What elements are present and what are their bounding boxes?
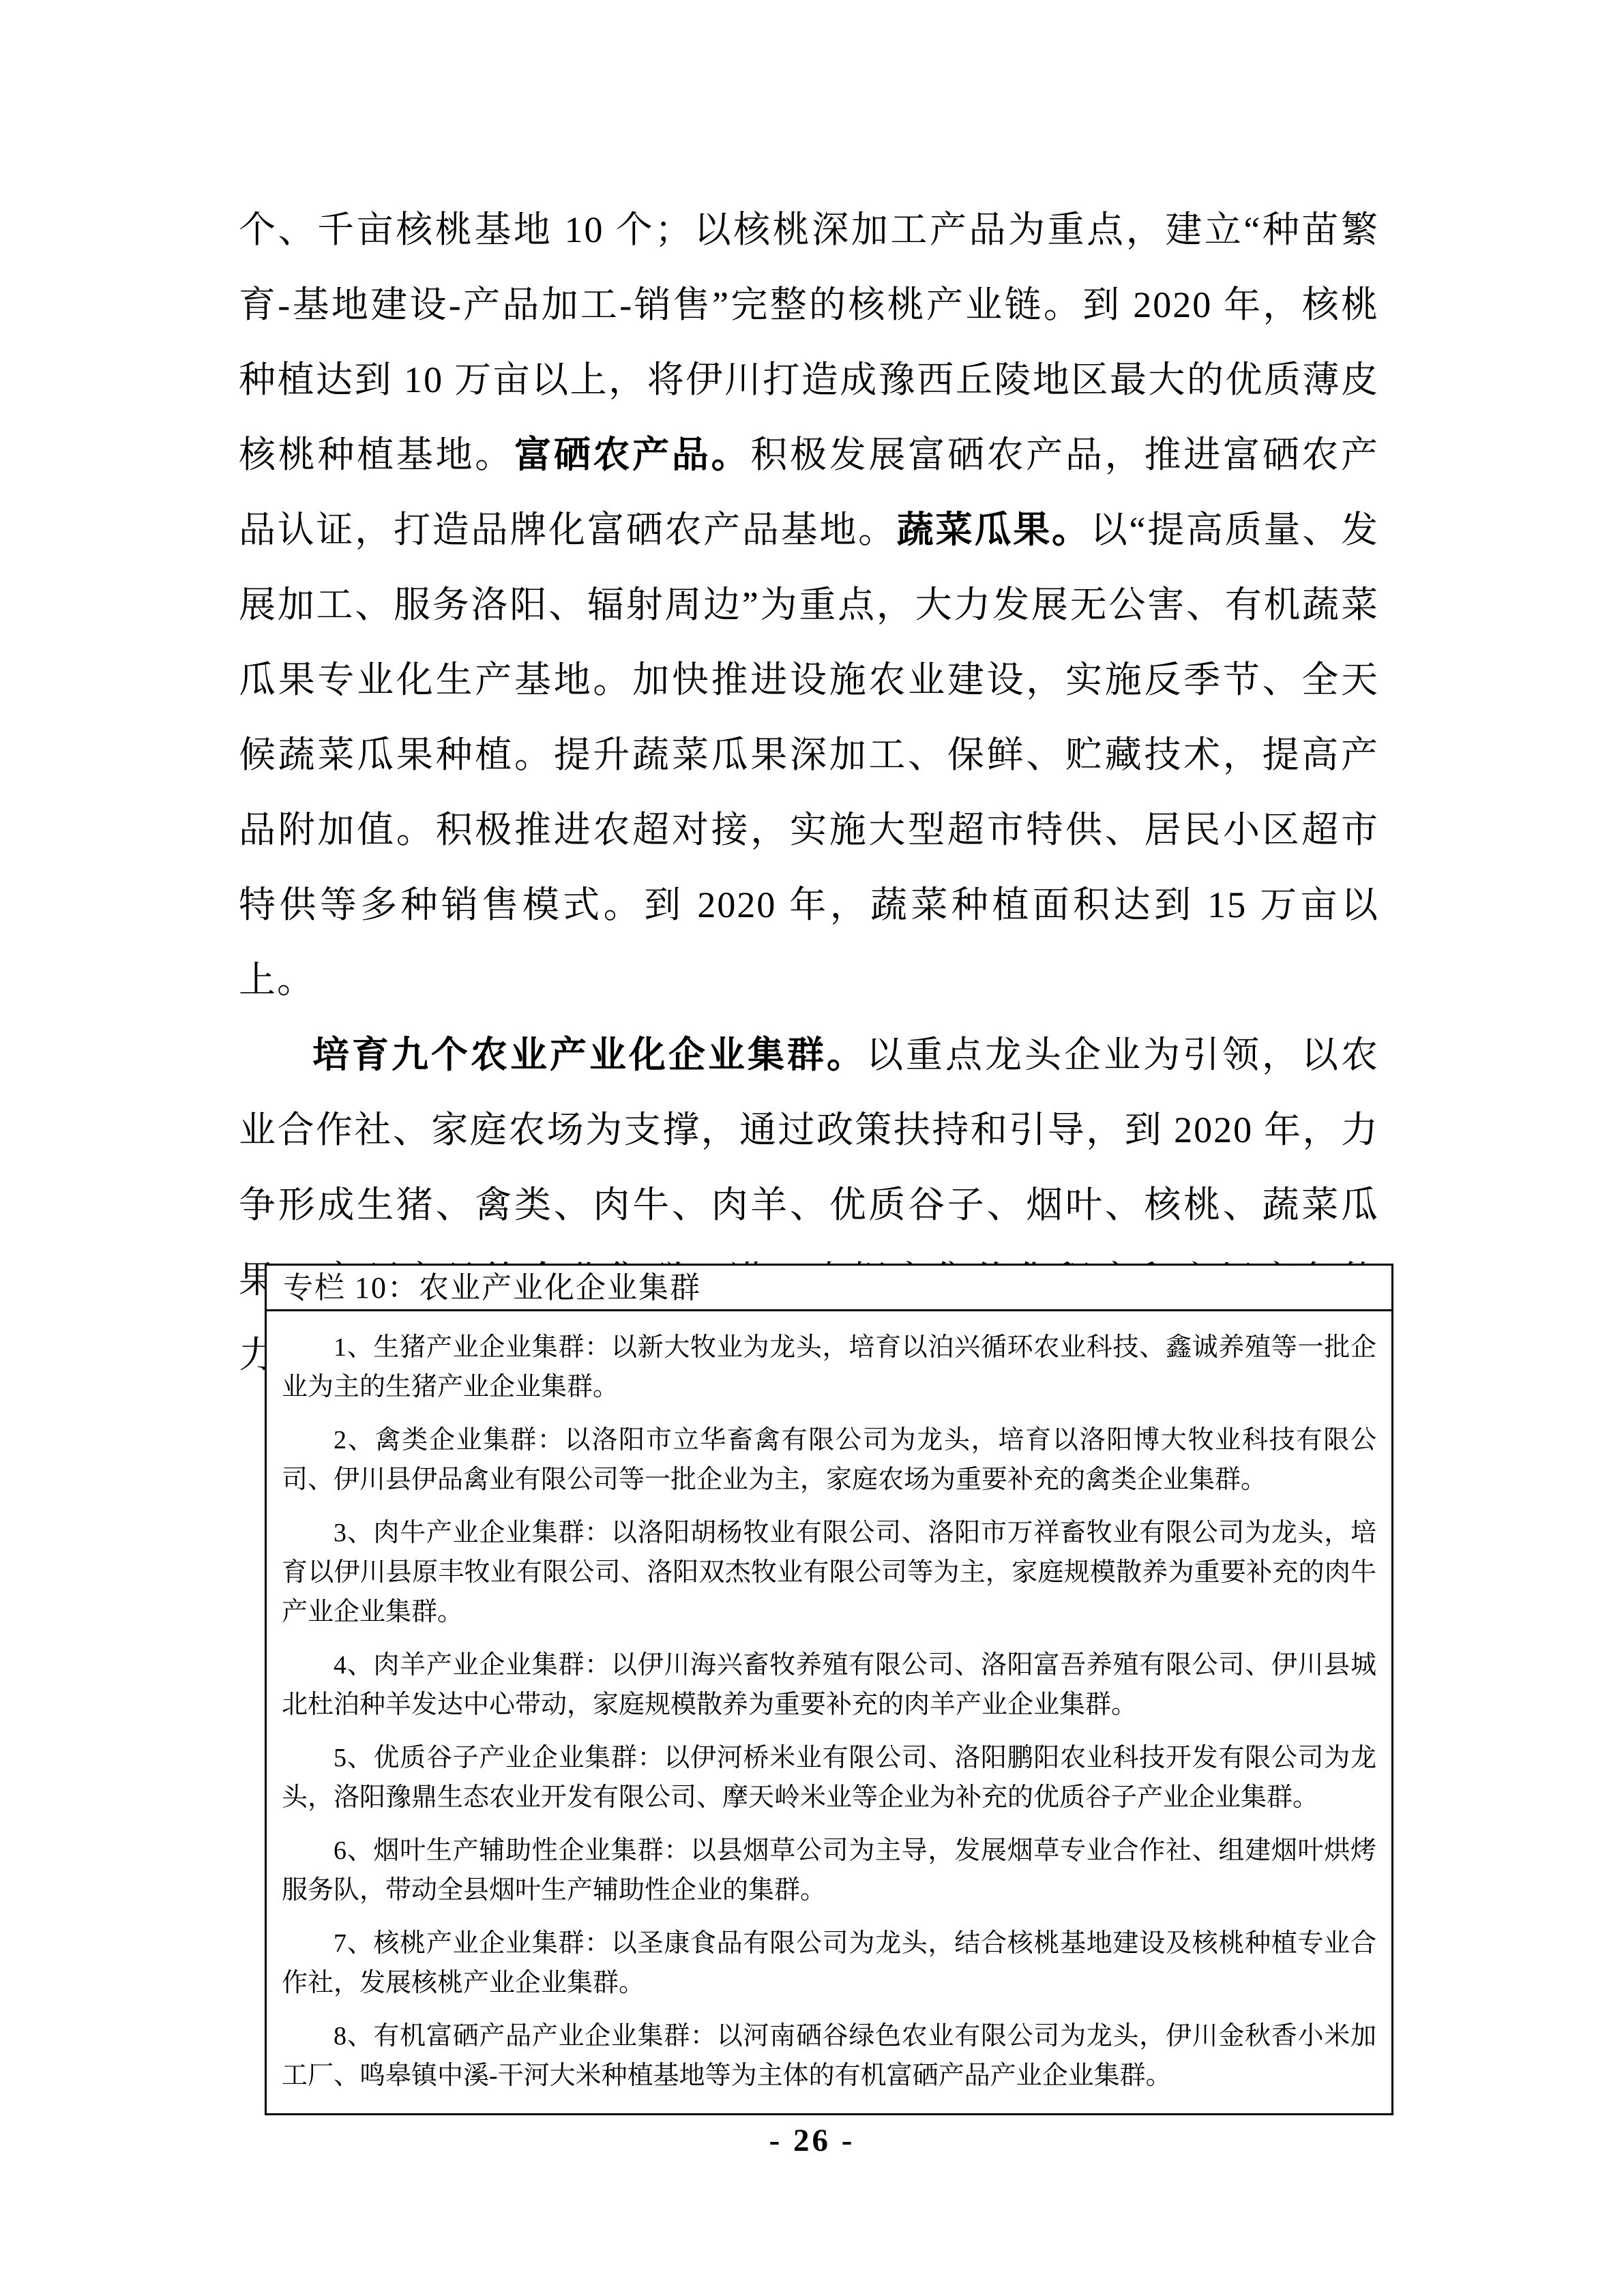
bold-run: 蔬菜瓜果。: [897, 509, 1091, 550]
page-number: - 26 -: [0, 2122, 1624, 2159]
box-item: 1、生猪产业企业集群：以新大牧业为龙头，培育以泊兴循环农业科技、鑫诚养殖等一批企…: [282, 1328, 1376, 1407]
body-text: 个、千亩核桃基地 10 个；以核桃深加工产品为重点，建立“种苗繁育-基地建设-产…: [239, 192, 1379, 1392]
box-item: 3、肉牛产业企业集群：以洛阳胡杨牧业有限公司、洛阳市万祥畜牧业有限公司为龙头，培…: [282, 1513, 1376, 1632]
box-item: 7、核桃产业企业集群：以圣康食品有限公司为龙头，结合核桃基地建设及核桃种植专业合…: [282, 1924, 1376, 2003]
box-item: 6、烟叶生产辅助性企业集群：以县烟草公司为主导，发展烟草专业合作社、组建烟叶烘烤…: [282, 1831, 1376, 1910]
callout-box-content: 1、生猪产业企业集群：以新大牧业为龙头，培育以泊兴循环农业科技、鑫诚养殖等一批企…: [267, 1311, 1391, 2113]
callout-box-title: 专栏 10：农业产业化企业集群: [267, 1266, 1391, 1311]
callout-box: 专栏 10：农业产业化企业集群 1、生猪产业企业集群：以新大牧业为龙头，培育以泊…: [265, 1264, 1393, 2115]
bold-run: 培育九个农业产业化企业集群。: [312, 1034, 866, 1075]
box-item: 2、禽类企业集群：以洛阳市立华畜禽有限公司为龙头，培育以洛阳博大牧业科技有限公司…: [282, 1420, 1376, 1500]
box-item: 8、有机富硒产品产业企业集群：以河南硒谷绿色农业有限公司为龙头，伊川金秋香小米加…: [282, 2016, 1376, 2096]
document-page: 个、千亩核桃基地 10 个；以核桃深加工产品为重点，建立“种苗繁育-基地建设-产…: [0, 0, 1624, 2296]
paragraph: 个、千亩核桃基地 10 个；以核桃深加工产品为重点，建立“种苗繁育-基地建设-产…: [239, 192, 1379, 1017]
bold-run: 富硒农产品。: [514, 434, 750, 475]
text-run: 以“提高质量、发展加工、服务洛阳、辐射周边”为重点，大力发展无公害、有机蔬菜瓜果…: [239, 509, 1379, 1000]
box-item: 5、优质谷子产业企业集群：以伊河桥米业有限公司、洛阳鹏阳农业科技开发有限公司为龙…: [282, 1738, 1376, 1817]
box-item: 4、肉羊产业企业集群：以伊川海兴畜牧养殖有限公司、洛阳富吾养殖有限公司、伊川县城…: [282, 1645, 1376, 1725]
